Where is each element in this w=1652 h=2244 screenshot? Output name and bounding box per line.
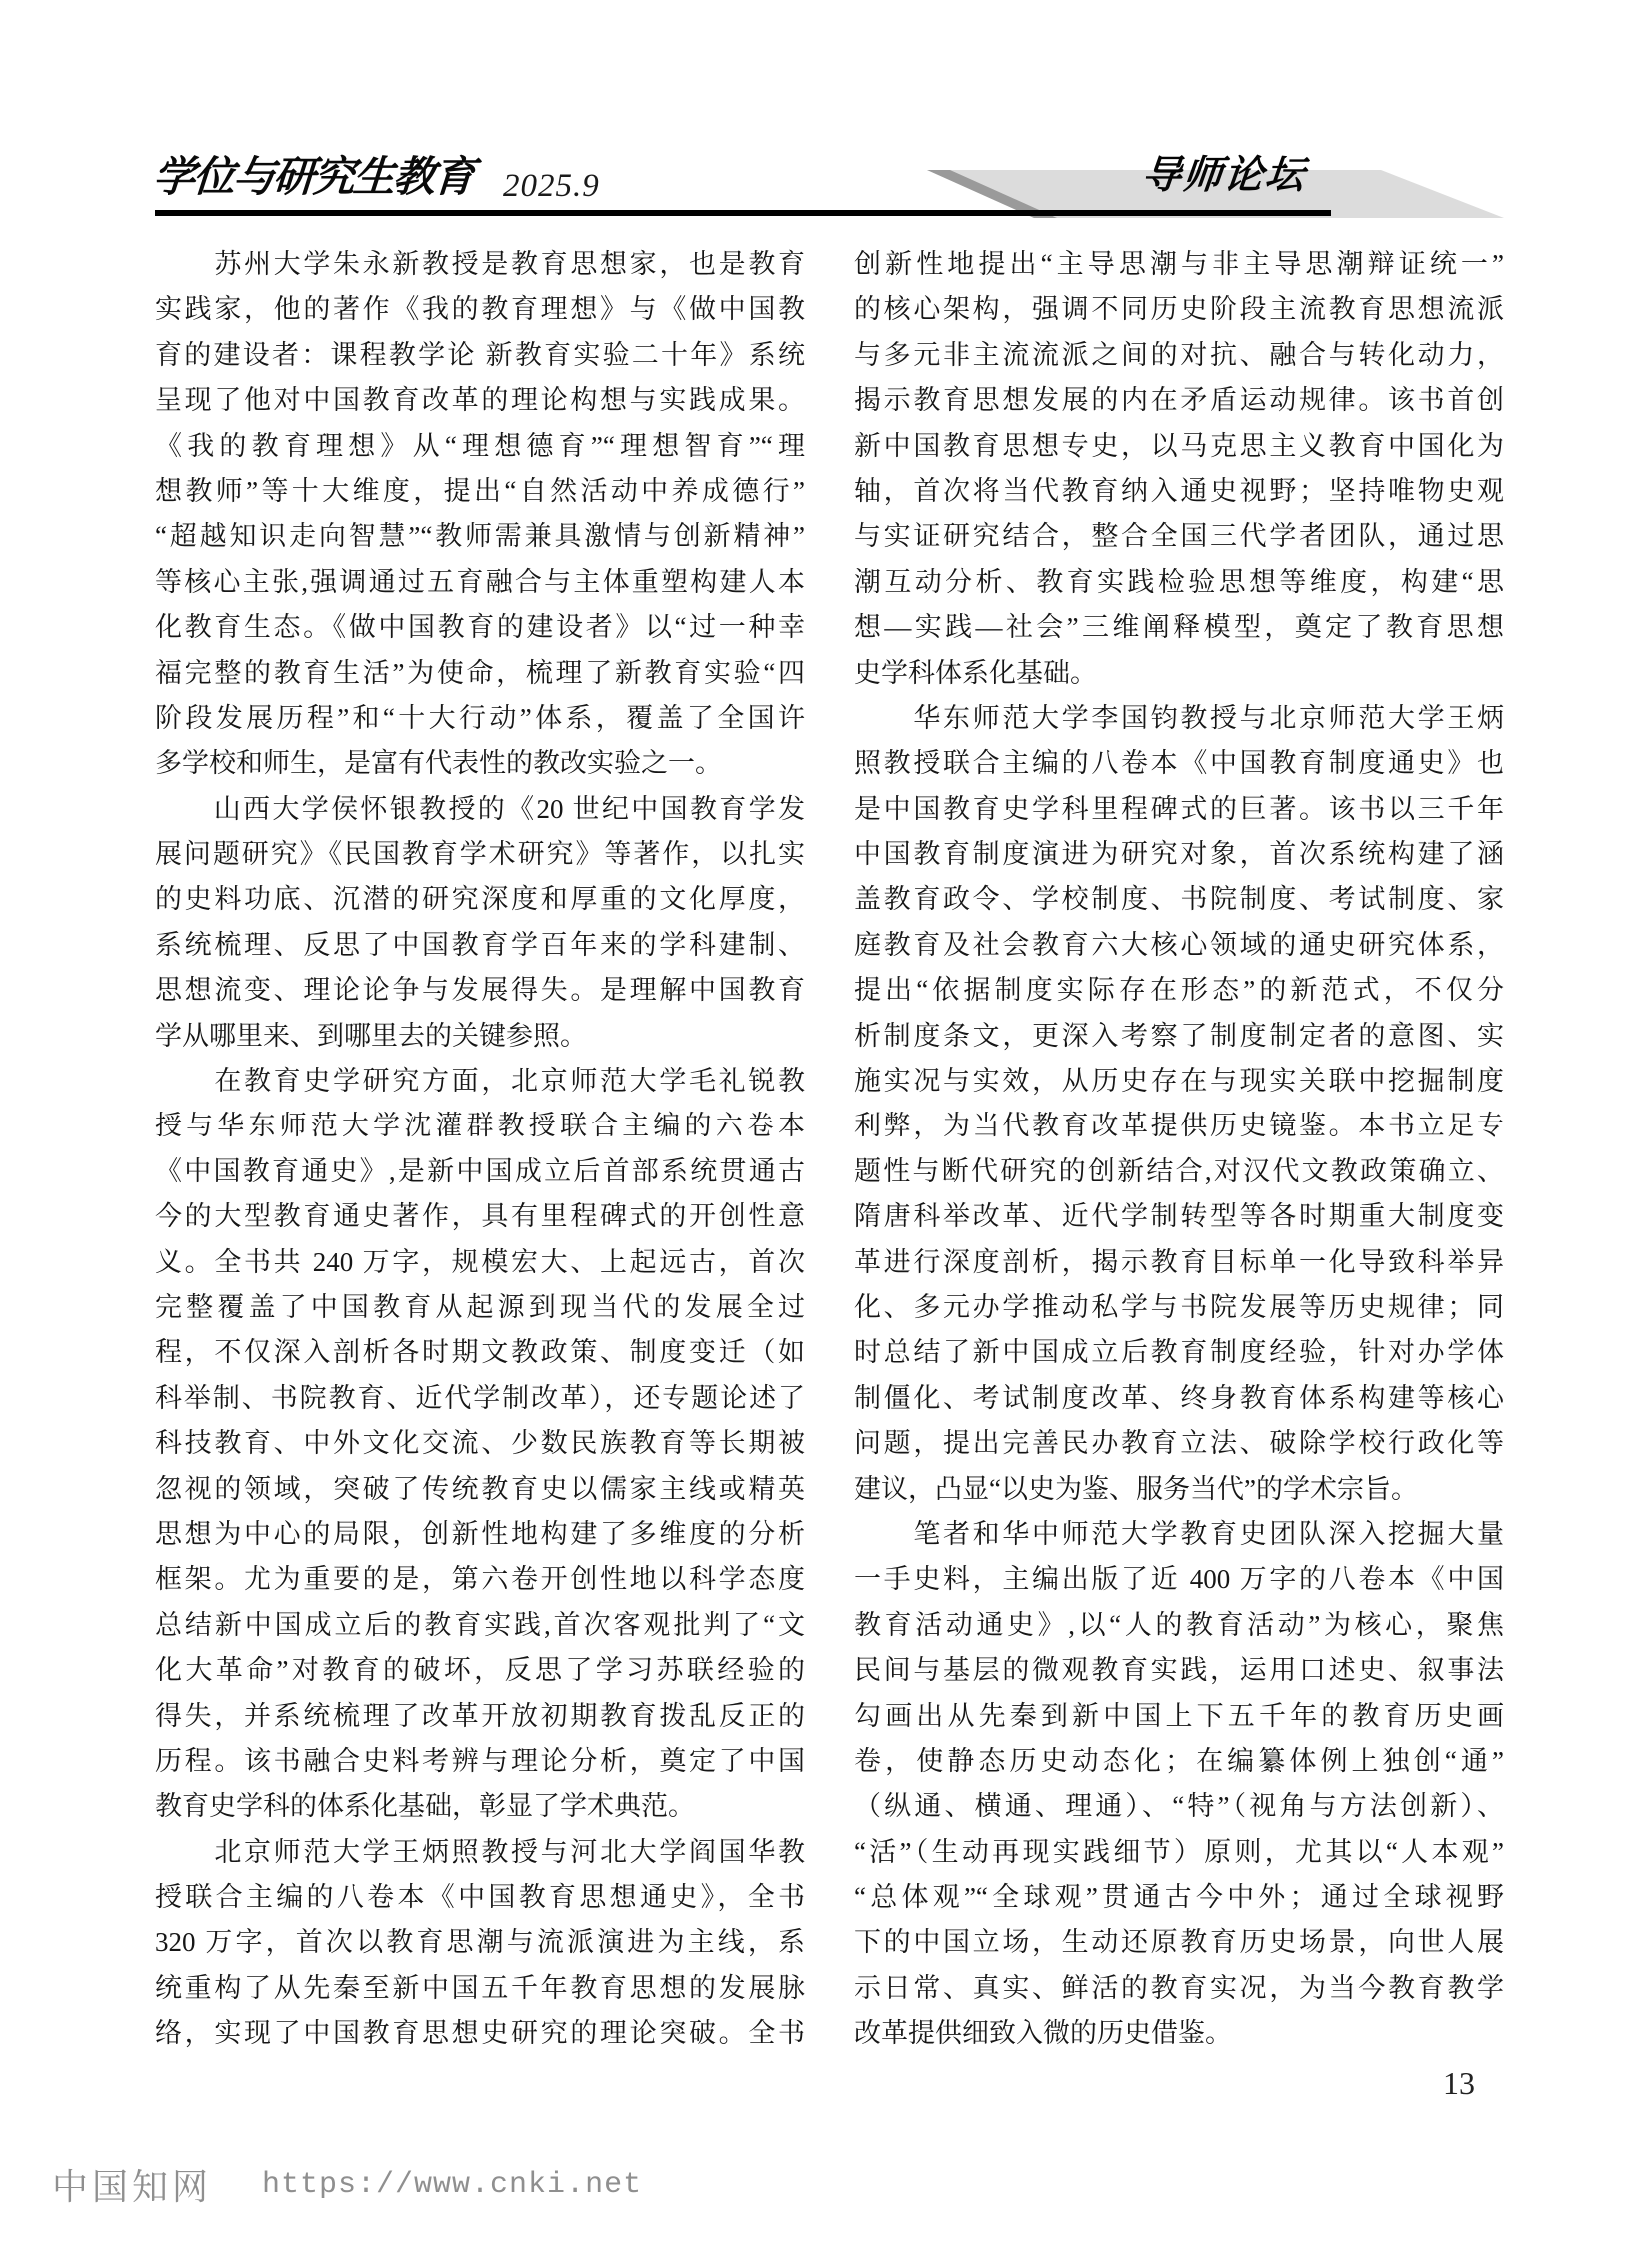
text-line: 历程。该书融合史料考辨与理论分析，奠定了中国 xyxy=(155,1739,805,1784)
text-line: 照教授联合主编的八卷本《中国教育制度通史》也 xyxy=(854,741,1504,786)
text-line: 思想为中心的局限，创新性地构建了多维度的分析 xyxy=(155,1512,805,1557)
text-line: 今的大型教育通史著作，具有里程碑式的开创性意 xyxy=(155,1194,805,1239)
paragraph: 创新性地提出“主导思潮与非主导思潮辩证统一”的核心架构，强调不同历史阶段主流教育… xyxy=(854,242,1504,696)
text-line: 笔者和华中师范大学教育史团队深入挖掘大量 xyxy=(854,1512,1504,1557)
text-line: 的核心架构，强调不同历史阶段主流教育思想流派 xyxy=(854,287,1504,332)
paragraph: 苏州大学朱永新教授是教育思想家，也是教育实践家，他的著作《我的教育理想》与《做中… xyxy=(155,242,805,787)
text-line: 史学科体系化基础。 xyxy=(854,651,1504,696)
text-line: 系统梳理、反思了中国教育学百年来的学科建制、 xyxy=(155,923,805,968)
text-line: 轴，首次将当代教育纳入通史视野；坚持唯物史观 xyxy=(854,469,1504,514)
text-line: 华东师范大学李国钧教授与北京师范大学王炳 xyxy=(854,696,1504,741)
text-line: 民间与基层的微观教育实践，运用口述史、叙事法 xyxy=(854,1648,1504,1693)
paragraph: 笔者和华中师范大学教育史团队深入挖掘大量一手史料，主编出版了近 400 万字的八… xyxy=(854,1512,1504,2057)
text-line: 制僵化、考试制度改革、终身教育体系构建等核心 xyxy=(854,1376,1504,1421)
header-rule xyxy=(155,210,1331,216)
cnki-site-name: 中国知网 xyxy=(52,2167,212,2207)
text-line: 一手史料，主编出版了近 400 万字的八卷本《中国 xyxy=(854,1557,1504,1602)
text-line: 卷，使静态历史动态化；在编纂体例上独创“通” xyxy=(854,1739,1504,1784)
text-line: 是中国教育史学科里程碑式的巨著。该书以三千年 xyxy=(854,787,1504,832)
text-line: 创新性地提出“主导思潮与非主导思潮辩证统一” xyxy=(854,242,1504,287)
text-line: 多学校和师生，是富有代表性的教改实验之一。 xyxy=(155,741,805,786)
text-line: 想教师”等十大维度，提出“自然活动中养成德行” xyxy=(155,469,805,514)
text-line: 改革提供细致入微的历史借鉴。 xyxy=(854,2011,1504,2056)
text-line: 与实证研究结合，整合全国三代学者团队，通过思 xyxy=(854,514,1504,559)
text-line: 完整覆盖了中国教育从起源到现当代的发展全过 xyxy=(155,1285,805,1330)
text-line: 隋唐科举改革、近代学制转型等各时期重大制度变 xyxy=(854,1194,1504,1239)
text-line: 展问题研究》《民国教育学术研究》等著作，以扎实 xyxy=(155,832,805,877)
text-line: 与多元非主流流派之间的对抗、融合与转化动力， xyxy=(854,333,1504,378)
cnki-site-url[interactable]: https://www.cnki.net xyxy=(262,2168,642,2202)
text-line: 学从哪里来、到哪里去的关键参照。 xyxy=(155,1014,805,1059)
page-number: 13 xyxy=(1429,2065,1489,2102)
text-line: 化教育生态。《做中国教育的建设者》以“过一种幸 xyxy=(155,605,805,650)
text-line: 的史料功底、沉潜的研究深度和厚重的文化厚度， xyxy=(155,877,805,922)
text-line: 教育史学科的体系化基础，彰显了学术典范。 xyxy=(155,1784,805,1829)
paragraph: 在教育史学研究方面，北京师范大学毛礼锐教授与华东师范大学沈灌群教授联合主编的六卷… xyxy=(155,1059,805,1830)
issue-date: 2025.9 xyxy=(503,168,600,205)
text-line: 利弊，为当代教育改革提供历史镜鉴。本书立足专 xyxy=(854,1104,1504,1148)
text-column-right: 创新性地提出“主导思潮与非主导思潮辩证统一”的核心架构，强调不同历史阶段主流教育… xyxy=(854,242,1504,2057)
text-line: 时总结了新中国成立后教育制度经验，针对办学体 xyxy=(854,1330,1504,1375)
text-line: 统重构了从先秦至新中国五千年教育思想的发展脉 xyxy=(155,1966,805,2011)
paragraph: 华东师范大学李国钧教授与北京师范大学王炳照教授联合主编的八卷本《中国教育制度通史… xyxy=(854,696,1504,1512)
text-line: 北京师范大学王炳照教授与河北大学阎国华教 xyxy=(155,1830,805,1875)
text-line: “超越知识走向智慧”“教师需兼具激情与创新精神” xyxy=(155,514,805,559)
text-line: 盖教育政令、学校制度、书院制度、考试制度、家 xyxy=(854,877,1504,922)
text-line: 科举制、书院教育、近代学制改革），还专题论述了 xyxy=(155,1376,805,1421)
text-line: 授联合主编的八卷本《中国教育思想通史》，全书 xyxy=(155,1875,805,1920)
text-line: （纵通、横通、理通）、“特”（视角与方法创新）、 xyxy=(854,1784,1504,1829)
text-line: 得失，并系统梳理了改革开放初期教育拨乱反正的 xyxy=(155,1694,805,1739)
text-line: 问题，提出完善民办教育立法、破除学校行政化等 xyxy=(854,1421,1504,1466)
text-line: 中国教育制度演进为研究对象，首次系统构建了涵 xyxy=(854,832,1504,877)
text-line: “总体观”“全球观”贯通古今中外；通过全球视野 xyxy=(854,1875,1504,1920)
text-line: 潮互动分析、教育实践检验思想等维度，构建“思 xyxy=(854,560,1504,605)
text-line: 义。全书共 240 万字，规模宏大、上起远古，首次 xyxy=(155,1240,805,1285)
paragraph: 山西大学侯怀银教授的《20 世纪中国教育学发展问题研究》《民国教育学术研究》等著… xyxy=(155,787,805,1059)
cnki-watermark: 中国知网 https://www.cnki.net xyxy=(52,2159,642,2219)
text-column-left: 苏州大学朱永新教授是教育思想家，也是教育实践家，他的著作《我的教育理想》与《做中… xyxy=(155,242,805,2057)
journal-title: 学位与研究生教育 xyxy=(151,148,485,208)
text-line: 《我的教育理想》从“理想德育”“理想智育”“理 xyxy=(155,424,805,469)
text-line: 实践家，他的著作《我的教育理想》与《做中国教 xyxy=(155,287,805,332)
text-line: 框架。尤为重要的是，第六卷开创性地以科学态度 xyxy=(155,1557,805,1602)
text-line: 庭教育及社会教育六大核心领域的通史研究体系， xyxy=(854,923,1504,968)
text-line: 示日常、真实、鲜活的教育实况，为当今教育教学 xyxy=(854,1966,1504,2011)
text-line: 苏州大学朱永新教授是教育思想家，也是教育 xyxy=(155,242,805,287)
journal-page: 学位与研究生教育 2025.9 导师论坛 苏州大学朱永新教授是教育思想家，也是教… xyxy=(0,0,1652,2244)
text-line: 呈现了他对中国教育改革的理论构想与实践成果。 xyxy=(155,378,805,423)
text-line: 揭示教育思想发展的内在矛盾运动规律。该书首创 xyxy=(854,378,1504,423)
text-line: 阶段发展历程”和“十大行动”体系，覆盖了全国许 xyxy=(155,696,805,741)
text-line: 《中国教育通史》,是新中国成立后首部系统贯通古 xyxy=(155,1149,805,1194)
text-line: 络，实现了中国教育思想史研究的理论突破。全书 xyxy=(155,2011,805,2056)
text-line: 化大革命”对教育的破坏，反思了学习苏联经验的 xyxy=(155,1648,805,1693)
text-line: “活”（生动再现实践细节）原则，尤其以“人本观” xyxy=(854,1830,1504,1875)
text-line: 山西大学侯怀银教授的《20 世纪中国教育学发 xyxy=(155,787,805,832)
text-line: 新中国教育思想专史，以马克思主义教育中国化为 xyxy=(854,424,1504,469)
text-line: 福完整的教育生活”为使命，梳理了新教育实验“四 xyxy=(155,651,805,696)
text-line: 授与华东师范大学沈灌群教授联合主编的六卷本 xyxy=(155,1104,805,1148)
text-line: 化、多元办学推动私学与书院发展等历史规律；同 xyxy=(854,1285,1504,1330)
text-line: 320 万字，首次以教育思潮与流派演进为主线，系 xyxy=(155,1920,805,1965)
text-line: 析制度条文，更深入考察了制度制定者的意图、实 xyxy=(854,1014,1504,1059)
text-line: 建议，凸显“以史为鉴、服务当代”的学术宗旨。 xyxy=(854,1467,1504,1512)
text-line: 程，不仅深入剖析各时期文教政策、制度变迁（如 xyxy=(155,1330,805,1375)
text-line: 提出“依据制度实际存在形态”的新范式，不仅分 xyxy=(854,968,1504,1013)
text-line: 勾画出从先秦到新中国上下五千年的教育历史画 xyxy=(854,1694,1504,1739)
text-line: 革进行深度剖析，揭示教育目标单一化导致科举异 xyxy=(854,1240,1504,1285)
text-line: 在教育史学研究方面，北京师范大学毛礼锐教 xyxy=(155,1059,805,1104)
text-line: 题性与断代研究的创新结合,对汉代文教政策确立、 xyxy=(854,1149,1504,1194)
text-line: 科技教育、中外文化交流、少数民族教育等长期被 xyxy=(155,1421,805,1466)
text-line: 育的建设者：课程教学论 新教育实验二十年》系统 xyxy=(155,333,805,378)
text-line: 忽视的领域，突破了传统教育史以儒家主线或精英 xyxy=(155,1467,805,1512)
text-line: 想—实践—社会”三维阐释模型，奠定了教育思想 xyxy=(854,605,1504,650)
section-title: 导师论坛 xyxy=(1121,151,1326,201)
text-line: 施实况与实效，从历史存在与现实关联中挖掘制度 xyxy=(854,1059,1504,1104)
text-line: 等核心主张,强调通过五育融合与主体重塑构建人本 xyxy=(155,560,805,605)
paragraph: 北京师范大学王炳照教授与河北大学阎国华教授联合主编的八卷本《中国教育思想通史》，… xyxy=(155,1830,805,2057)
text-line: 总结新中国成立后的教育实践,首次客观批判了“文 xyxy=(155,1603,805,1648)
text-line: 下的中国立场，生动还原教育历史场景，向世人展 xyxy=(854,1920,1504,1965)
section-banner xyxy=(0,0,1652,260)
text-line: 教育活动通史》,以“人的教育活动”为核心，聚焦 xyxy=(854,1603,1504,1648)
text-line: 思想流变、理论论争与发展得失。是理解中国教育 xyxy=(155,968,805,1013)
